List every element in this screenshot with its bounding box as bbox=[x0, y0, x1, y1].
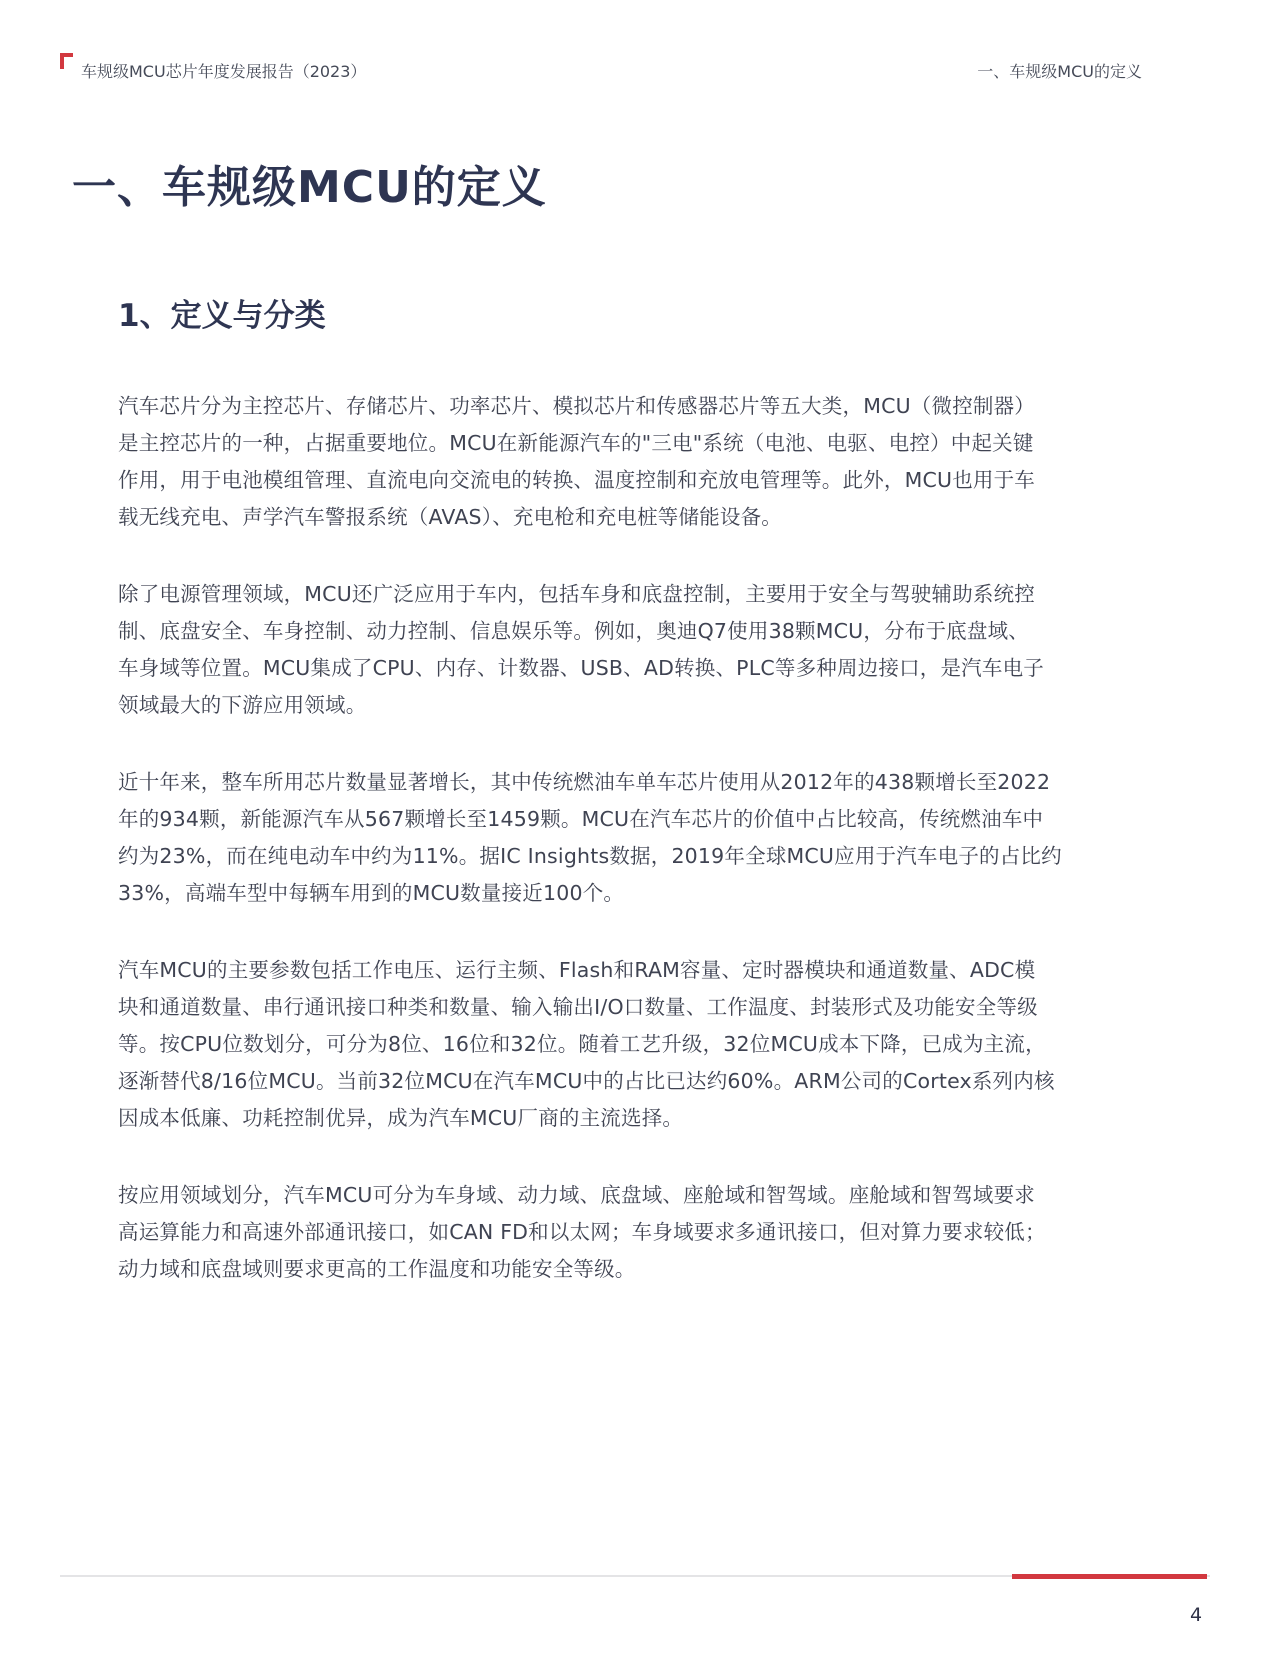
footer-accent-bar bbox=[1012, 1574, 1207, 1579]
text-line: 汽车芯片分为主控芯片、存储芯片、功率芯片、模拟芯片和传感器芯片等五大类，MCU（… bbox=[118, 388, 1148, 425]
paragraph-parameters: 汽车MCU的主要参数包括工作电压、运行主频、Flash和RAM容量、定时器模块和… bbox=[118, 952, 1148, 1137]
text-line: 逐渐替代8/16位MCU。当前32位MCU在汽车MCU中的占比已达约60%。AR… bbox=[118, 1063, 1148, 1100]
text-line: 约为23%，而在纯电动车中约为11%。据IC Insights数据，2019年全… bbox=[118, 838, 1148, 875]
paragraph-domains: 按应用领域划分，汽车MCU可分为车身域、动力域、底盘域、座舱域和智驾域。座舱域和… bbox=[118, 1177, 1148, 1288]
text-line: 近十年来，整车所用芯片数量显著增长，其中传统燃油车单车芯片使用从2012年的43… bbox=[118, 764, 1148, 801]
paragraph-chip-growth: 近十年来，整车所用芯片数量显著增长，其中传统燃油车单车芯片使用从2012年的43… bbox=[118, 764, 1148, 912]
paragraph-chip-categories: 汽车芯片分为主控芯片、存储芯片、功率芯片、模拟芯片和传感器芯片等五大类，MCU（… bbox=[118, 388, 1148, 536]
page-number: 4 bbox=[1190, 1603, 1202, 1627]
text-line: 33%，高端车型中每辆车用到的MCU数量接近100个。 bbox=[118, 875, 1148, 912]
text-line: 作用，用于电池模组管理、直流电向交流电的转换、温度控制和充放电管理等。此外，MC… bbox=[118, 462, 1148, 499]
corner-bracket-icon bbox=[60, 53, 73, 69]
text-line: 除了电源管理领域，MCU还广泛应用于车内，包括车身和底盘控制，主要用于安全与驾驶… bbox=[118, 576, 1148, 613]
text-line: 按应用领域划分，汽车MCU可分为车身域、动力域、底盘域、座舱域和智驾域。座舱域和… bbox=[118, 1177, 1148, 1214]
page-title: 一、车规级MCU的定义 bbox=[72, 160, 547, 216]
report-title: 车规级MCU芯片年度发展报告（2023） bbox=[81, 62, 366, 82]
text-line: 高运算能力和高速外部通讯接口，如CAN FD和以太网；车身域要求多通讯接口，但对… bbox=[118, 1214, 1148, 1251]
body-text: 汽车芯片分为主控芯片、存储芯片、功率芯片、模拟芯片和传感器芯片等五大类，MCU（… bbox=[118, 388, 1148, 1328]
text-line: 领域最大的下游应用领域。 bbox=[118, 687, 1148, 724]
chapter-label: 一、车规级MCU的定义 bbox=[977, 62, 1142, 82]
text-line: 是主控芯片的一种，占据重要地位。MCU在新能源汽车的"三电"系统（电池、电驱、电… bbox=[118, 425, 1148, 462]
text-line: 动力域和底盘域则要求更高的工作温度和功能安全等级。 bbox=[118, 1251, 1148, 1288]
page-header: 车规级MCU芯片年度发展报告（2023） 一、车规级MCU的定义 bbox=[0, 0, 1280, 120]
text-line: 汽车MCU的主要参数包括工作电压、运行主频、Flash和RAM容量、定时器模块和… bbox=[118, 952, 1148, 989]
text-line: 载无线充电、声学汽车警报系统（AVAS）、充电枪和充电桩等储能设备。 bbox=[118, 499, 1148, 536]
text-line: 制、底盘安全、车身控制、动力控制、信息娱乐等。例如，奥迪Q7使用38颗MCU，分… bbox=[118, 613, 1148, 650]
text-line: 块和通道数量、串行通讯接口种类和数量、输入输出I/O口数量、工作温度、封装形式及… bbox=[118, 989, 1148, 1026]
text-line: 年的934颗，新能源汽车从567颗增长至1459颗。MCU在汽车芯片的价值中占比… bbox=[118, 801, 1148, 838]
text-line: 因成本低廉、功耗控制优异，成为汽车MCU厂商的主流选择。 bbox=[118, 1100, 1148, 1137]
text-line: 车身域等位置。MCU集成了CPU、内存、计数器、USB、AD转换、PLC等多种周… bbox=[118, 650, 1148, 687]
section-title: 1、定义与分类 bbox=[118, 296, 326, 336]
paragraph-applications: 除了电源管理领域，MCU还广泛应用于车内，包括车身和底盘控制，主要用于安全与驾驶… bbox=[118, 576, 1148, 724]
text-line: 等。按CPU位数划分，可分为8位、16位和32位。随着工艺升级，32位MCU成本… bbox=[118, 1026, 1148, 1063]
